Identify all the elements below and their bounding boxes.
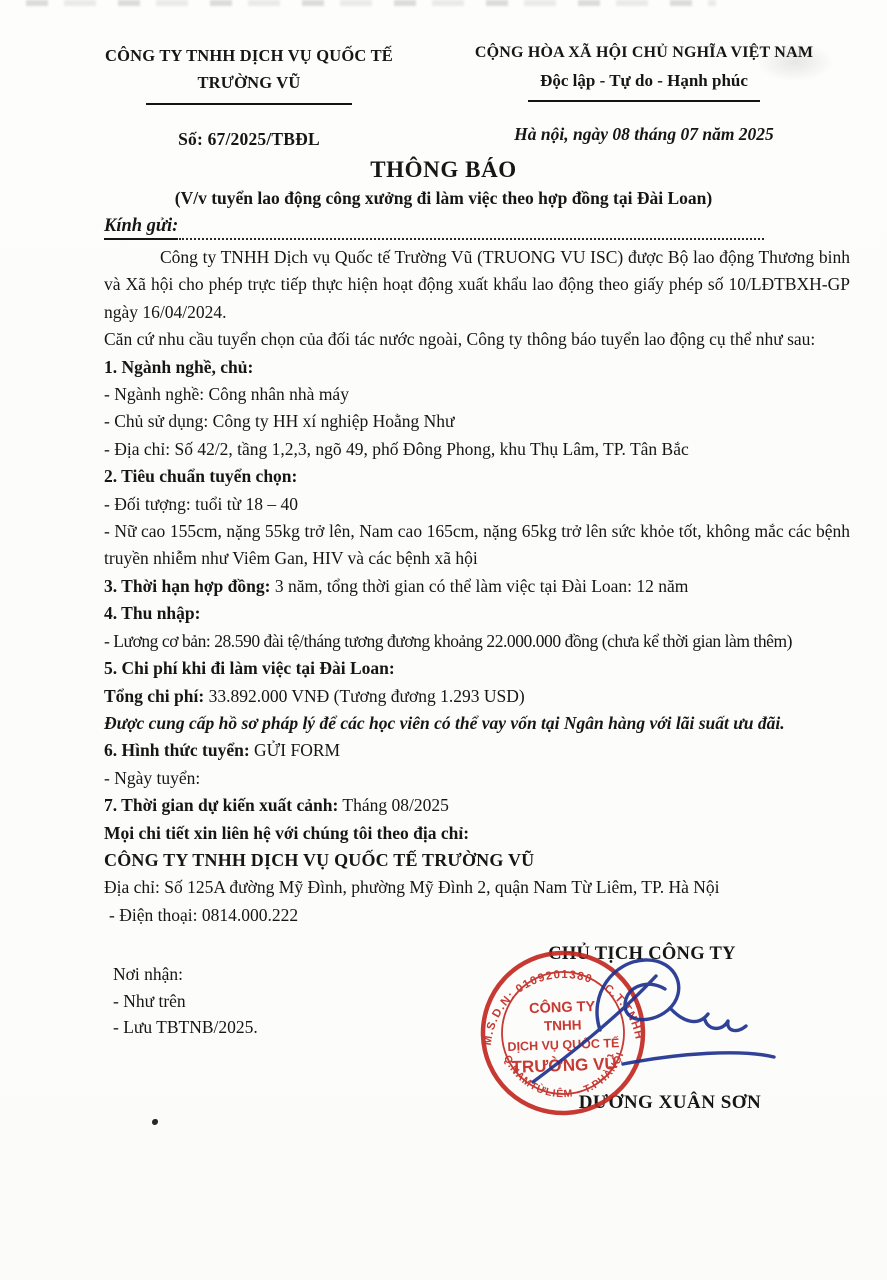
place-and-date: Hà nội, ngày 08 tháng 07 năm 2025 xyxy=(438,121,850,147)
document-number: Số: 67/2025/TBĐL xyxy=(88,126,410,153)
salutation-row: Kính gửi: xyxy=(104,214,764,240)
section5-heading: 5. Chi phí khi đi làm việc tại Đài Loan: xyxy=(104,655,850,682)
salutation-dotted-line xyxy=(179,217,764,240)
section2-heading: 2. Tiêu chuẩn tuyển chọn: xyxy=(104,463,850,490)
header-left-rule xyxy=(146,103,352,105)
document-title: THÔNG BÁO xyxy=(0,157,887,183)
section1-item-employer: - Chủ sử dụng: Công ty HH xí nghiệp Hoằn… xyxy=(104,408,850,435)
section3-heading: 3. Thời hạn hợp đồng: xyxy=(104,576,270,596)
section2-item-health: - Nữ cao 155cm, nặng 55kg trở lên, Nam c… xyxy=(104,518,850,573)
section1-heading: 1. Ngành nghề, chủ: xyxy=(104,354,850,381)
section1-item-trade: - Ngành nghề: Công nhân nhà máy xyxy=(104,381,850,408)
section6-text: GỬI FORM xyxy=(254,740,340,760)
handwritten-signature xyxy=(440,930,800,1130)
document-page: CÔNG TY TNHH DỊCH VỤ QUỐC TẾ TRƯỜNG VŨ S… xyxy=(0,0,887,1280)
section5-total-label: Tổng chi phí: xyxy=(104,686,204,706)
section6-item-date: - Ngày tuyển: xyxy=(104,765,850,792)
company-name-line2: TRƯỜNG VŨ xyxy=(88,69,410,96)
scan-edge-artifact xyxy=(26,0,716,6)
contact-intro: Mọi chi tiết xin liên hệ với chúng tôi t… xyxy=(104,820,850,847)
header-company-block: CÔNG TY TNHH DỊCH VỤ QUỐC TẾ TRƯỜNG VŨ S… xyxy=(88,42,410,153)
document-subject: (V/v tuyển lao động công xưởng đi làm vi… xyxy=(0,188,887,209)
contact-phone: - Điện thoại: 0814.000.222 xyxy=(104,902,850,929)
section3-text: 3 năm, tổng thời gian có thể làm việc tạ… xyxy=(275,576,689,596)
document-body: Công ty TNHH Dịch vụ Quốc tế Trường Vũ (… xyxy=(104,244,850,929)
header-national-block: CỘNG HÒA XÃ HỘI CHỦ NGHĨA VIỆT NAM Độc l… xyxy=(438,40,850,147)
section7-text: Tháng 08/2025 xyxy=(342,795,448,815)
section5-total-value: 33.892.000 VNĐ (Tương đương 1.293 USD) xyxy=(209,686,525,706)
signature-underline-stroke xyxy=(623,1053,774,1064)
contact-company: CÔNG TY TNHH DỊCH VỤ QUỐC TẾ TRƯỜNG VŨ xyxy=(104,847,850,874)
section3-line: 3. Thời hạn hợp đồng: 3 năm, tổng thời g… xyxy=(104,573,850,600)
header-right-rule xyxy=(528,100,760,102)
section5-loan-note: Được cung cấp hồ sơ pháp lý để các học v… xyxy=(104,710,850,737)
section6-line: 6. Hình thức tuyển: GỬI FORM xyxy=(104,737,850,764)
recipients-block: Nơi nhận: - Như trên - Lưu TBTNB/2025. xyxy=(113,961,258,1041)
recipients-label: Nơi nhận: xyxy=(113,961,258,988)
section7-line: 7. Thời gian dự kiến xuất cảnh: Tháng 08… xyxy=(104,792,850,819)
signature-diagonal-stroke xyxy=(533,976,656,1082)
section7-heading: 7. Thời gian dự kiến xuất cảnh: xyxy=(104,795,338,815)
company-name-line1: CÔNG TY TNHH DỊCH VỤ QUỐC TẾ xyxy=(88,42,410,69)
contact-address: Địa chỉ: Số 125A đường Mỹ Đình, phường M… xyxy=(104,874,850,901)
section5-total-line: Tổng chi phí: 33.892.000 VNĐ (Tương đươn… xyxy=(104,683,850,710)
recipients-item-1: - Như trên xyxy=(113,988,258,1015)
section2-item-age: - Đối tượng: tuổi từ 18 – 40 xyxy=(104,491,850,518)
salutation-label: Kính gửi: xyxy=(104,214,178,240)
national-motto: Độc lập - Tự do - Hạnh phúc xyxy=(438,68,850,94)
intro-paragraph-2: Căn cứ nhu cầu tuyển chọn của đối tác nư… xyxy=(104,326,850,353)
section4-item-salary: - Lương cơ bản: 28.590 đài tệ/tháng tươn… xyxy=(104,628,850,655)
recipients-item-2: - Lưu TBTNB/2025. xyxy=(113,1014,258,1041)
ink-speck xyxy=(152,1119,158,1125)
intro-paragraph-1: Công ty TNHH Dịch vụ Quốc tế Trường Vũ (… xyxy=(104,244,850,326)
section1-item-address: - Địa chỉ: Số 42/2, tầng 1,2,3, ngõ 49, … xyxy=(104,436,850,463)
signature-squiggle-stroke xyxy=(670,1008,746,1031)
national-title: CỘNG HÒA XÃ HỘI CHỦ NGHĨA VIỆT NAM xyxy=(438,40,850,66)
section4-heading: 4. Thu nhập: xyxy=(104,600,850,627)
section6-heading: 6. Hình thức tuyển: xyxy=(104,740,250,760)
